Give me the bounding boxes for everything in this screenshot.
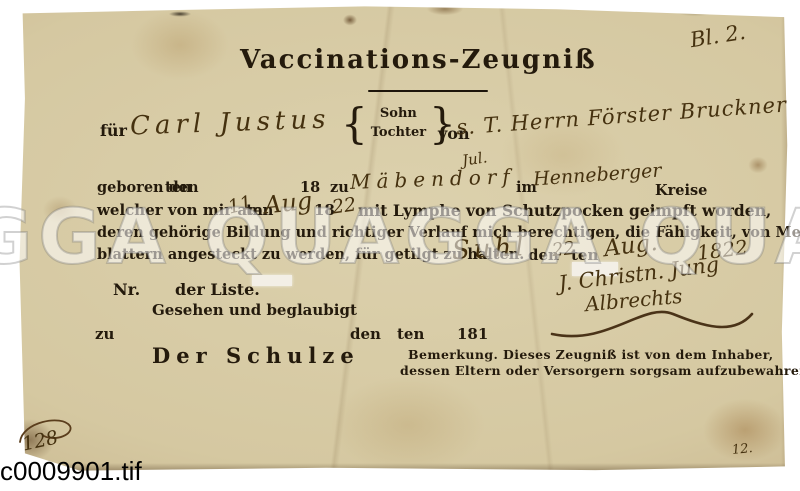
label-der-liste: der Liste. bbox=[175, 280, 260, 299]
label-den-2: den bbox=[350, 325, 381, 343]
remark-line-2: dessen Eltern oder Versorgern sorgsam au… bbox=[400, 363, 800, 378]
label-181: 181 bbox=[457, 325, 488, 343]
left-brace: { bbox=[341, 103, 368, 145]
bottom-right-mark-handwriting: 12. bbox=[731, 441, 753, 458]
signature-flourish bbox=[548, 306, 758, 346]
scan-image: Vaccinations-Zeugniß Bl. 2. für Carl Jus… bbox=[0, 0, 800, 491]
label-ten-4: ten bbox=[397, 325, 424, 343]
brace-options: Sohn Tochter bbox=[371, 105, 426, 143]
label-nr: Nr. bbox=[113, 280, 140, 299]
label-zu-2: zu bbox=[95, 325, 114, 343]
option-daughter: Tochter bbox=[371, 124, 426, 143]
watermark-text: GGA QUAGGA QUA bbox=[0, 192, 800, 281]
attest-line: Gesehen und beglaubigt bbox=[152, 301, 357, 319]
remark-line-1: Bemerkung. Dieses Zeugniß ist von dem In… bbox=[408, 347, 774, 362]
image-filename: c0009901.tif bbox=[0, 456, 142, 487]
option-son: Sohn bbox=[380, 105, 417, 124]
label-fuer: für bbox=[100, 121, 127, 140]
certificate-title: Vaccinations-Zeugniß bbox=[240, 45, 597, 75]
schulze-line: Der Schulze bbox=[152, 343, 360, 368]
title-rule bbox=[368, 90, 488, 92]
